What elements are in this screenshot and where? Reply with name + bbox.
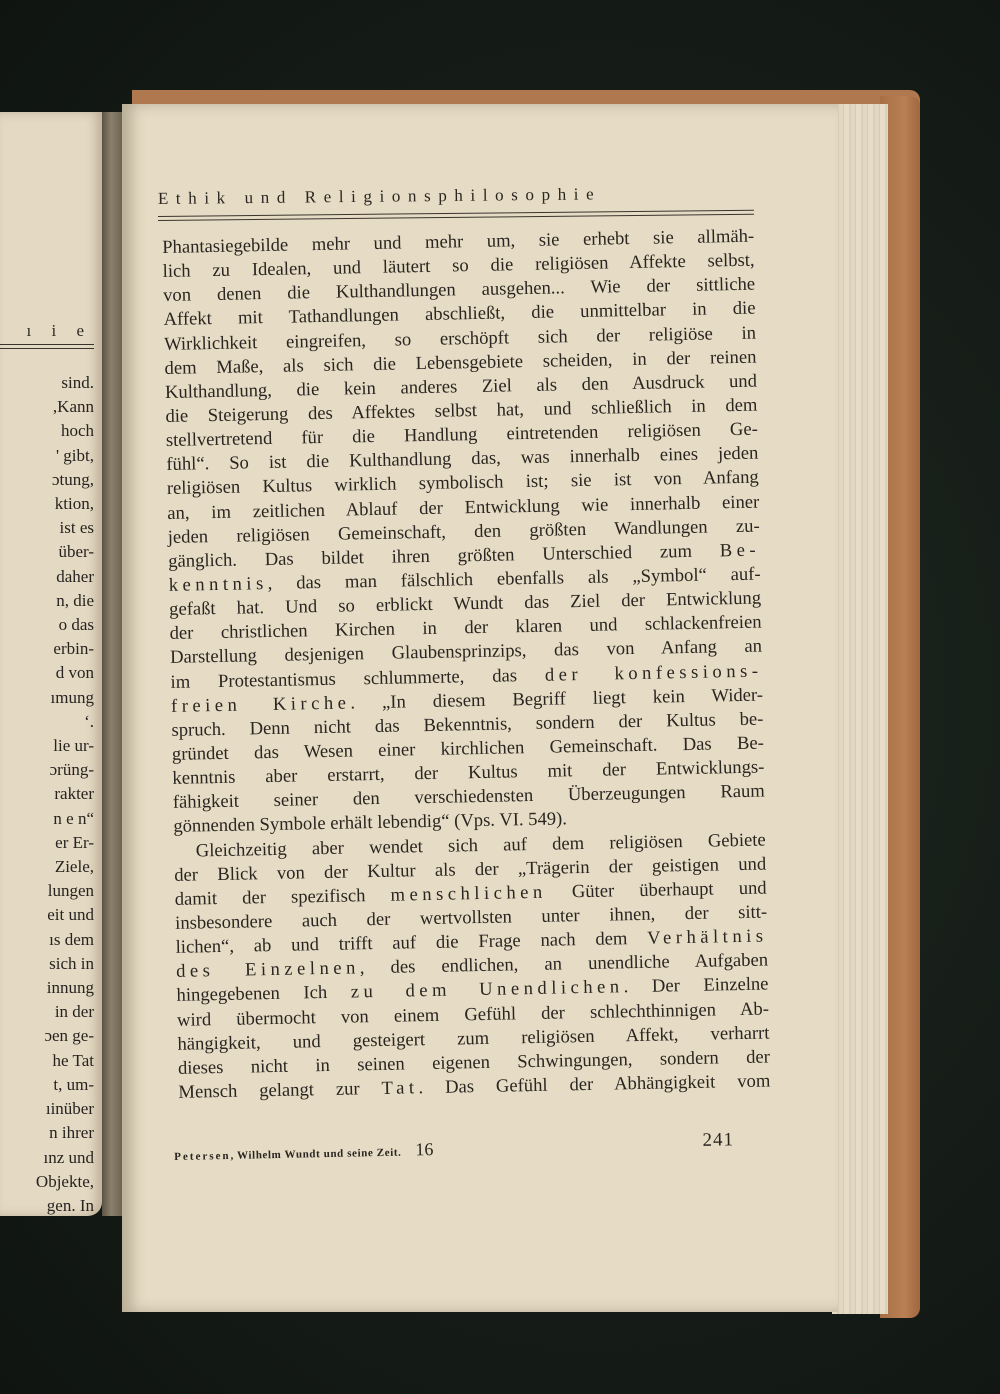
left-text-line: ɔtung, bbox=[0, 468, 94, 492]
running-head: Ethik und Religionsphilosophie bbox=[158, 183, 750, 209]
left-text-line: ɔen ge- bbox=[0, 1024, 94, 1048]
left-text-line: o das bbox=[0, 613, 94, 637]
left-text-line: eit und bbox=[0, 903, 94, 927]
emphasis-spaced: zu dem Unendlichen bbox=[351, 977, 624, 1003]
left-text-line: n, die bbox=[0, 589, 94, 613]
left-text-line: ' gibt, bbox=[0, 444, 94, 468]
left-text-line: ımung bbox=[0, 686, 94, 710]
left-text-line: ,Kann bbox=[0, 395, 94, 419]
emphasis-spaced: der konfessions- bbox=[545, 660, 763, 685]
book-gutter bbox=[102, 112, 122, 1216]
left-text-line: he Tat bbox=[0, 1049, 94, 1073]
left-text-line: innung bbox=[0, 976, 94, 1000]
left-text-line: Objekte, bbox=[0, 1170, 94, 1194]
emphasis-spaced: kenntnis bbox=[169, 573, 268, 596]
sheet-number: 16 bbox=[415, 1139, 433, 1159]
emphasis-spaced: menschlichen bbox=[390, 882, 547, 906]
right-page: Ethik und Religionsphilosophie Phantasie… bbox=[122, 104, 838, 1312]
left-running-head: ı i e bbox=[0, 321, 92, 341]
left-text-line: ınz und bbox=[0, 1146, 94, 1170]
emphasis-spaced: Tat bbox=[381, 1077, 418, 1099]
left-text-line: in der bbox=[0, 1000, 94, 1024]
left-head-rule bbox=[0, 344, 94, 349]
printer-signature: Petersen, Wilhelm Wundt und seine Zeit. bbox=[174, 1147, 401, 1163]
left-text-line: daher bbox=[0, 565, 94, 589]
left-text-line: d von bbox=[0, 661, 94, 685]
page-footer: Petersen, Wilhelm Wundt und seine Zeit. … bbox=[174, 1133, 734, 1165]
left-text-line: er Er- bbox=[0, 831, 94, 855]
left-text-line: lie ur- bbox=[0, 734, 94, 758]
left-text-line: über- bbox=[0, 540, 94, 564]
left-text-line: ktion, bbox=[0, 492, 94, 516]
left-text-line: lungen bbox=[0, 879, 94, 903]
left-text-line: erbin- bbox=[0, 637, 94, 661]
left-text-line: sind. bbox=[0, 371, 94, 395]
left-text-line: t, um- bbox=[0, 1073, 94, 1097]
running-head-rule bbox=[158, 210, 754, 221]
page-number: 241 bbox=[702, 1129, 734, 1152]
emphasis-spaced: Verhältnis bbox=[647, 926, 768, 949]
emphasis-spaced: Be- bbox=[720, 539, 761, 561]
left-text-line: ɔrüng- bbox=[0, 758, 94, 782]
left-text-line: rakter bbox=[0, 782, 94, 806]
left-text-line: sich in bbox=[0, 952, 94, 976]
left-text-line: n ihrer bbox=[0, 1121, 94, 1145]
left-text-line: ist es bbox=[0, 516, 94, 540]
left-text-line: gen. In bbox=[0, 1194, 94, 1216]
page-edges bbox=[832, 104, 888, 1314]
left-text-line: n e n“ bbox=[0, 807, 94, 831]
left-text-line: ıs dem bbox=[0, 928, 94, 952]
emphasis-spaced: des Einzelnen bbox=[176, 958, 360, 983]
left-text-line: ‘. bbox=[0, 710, 94, 734]
left-page-text: sind.,Kannhoch' gibt,ɔtung,ktion,ist esü… bbox=[0, 371, 94, 1216]
emphasis-spaced: freien Kirche bbox=[171, 692, 351, 716]
left-text-line: hoch bbox=[0, 419, 94, 443]
left-text-line: ıinüber bbox=[0, 1097, 94, 1121]
body-text: Phantasiegebilde mehr und mehr um, sie e… bbox=[162, 225, 771, 1105]
left-page: ı i e sind.,Kannhoch' gibt,ɔtung,ktion,i… bbox=[0, 112, 102, 1216]
left-text-line: Ziele, bbox=[0, 855, 94, 879]
